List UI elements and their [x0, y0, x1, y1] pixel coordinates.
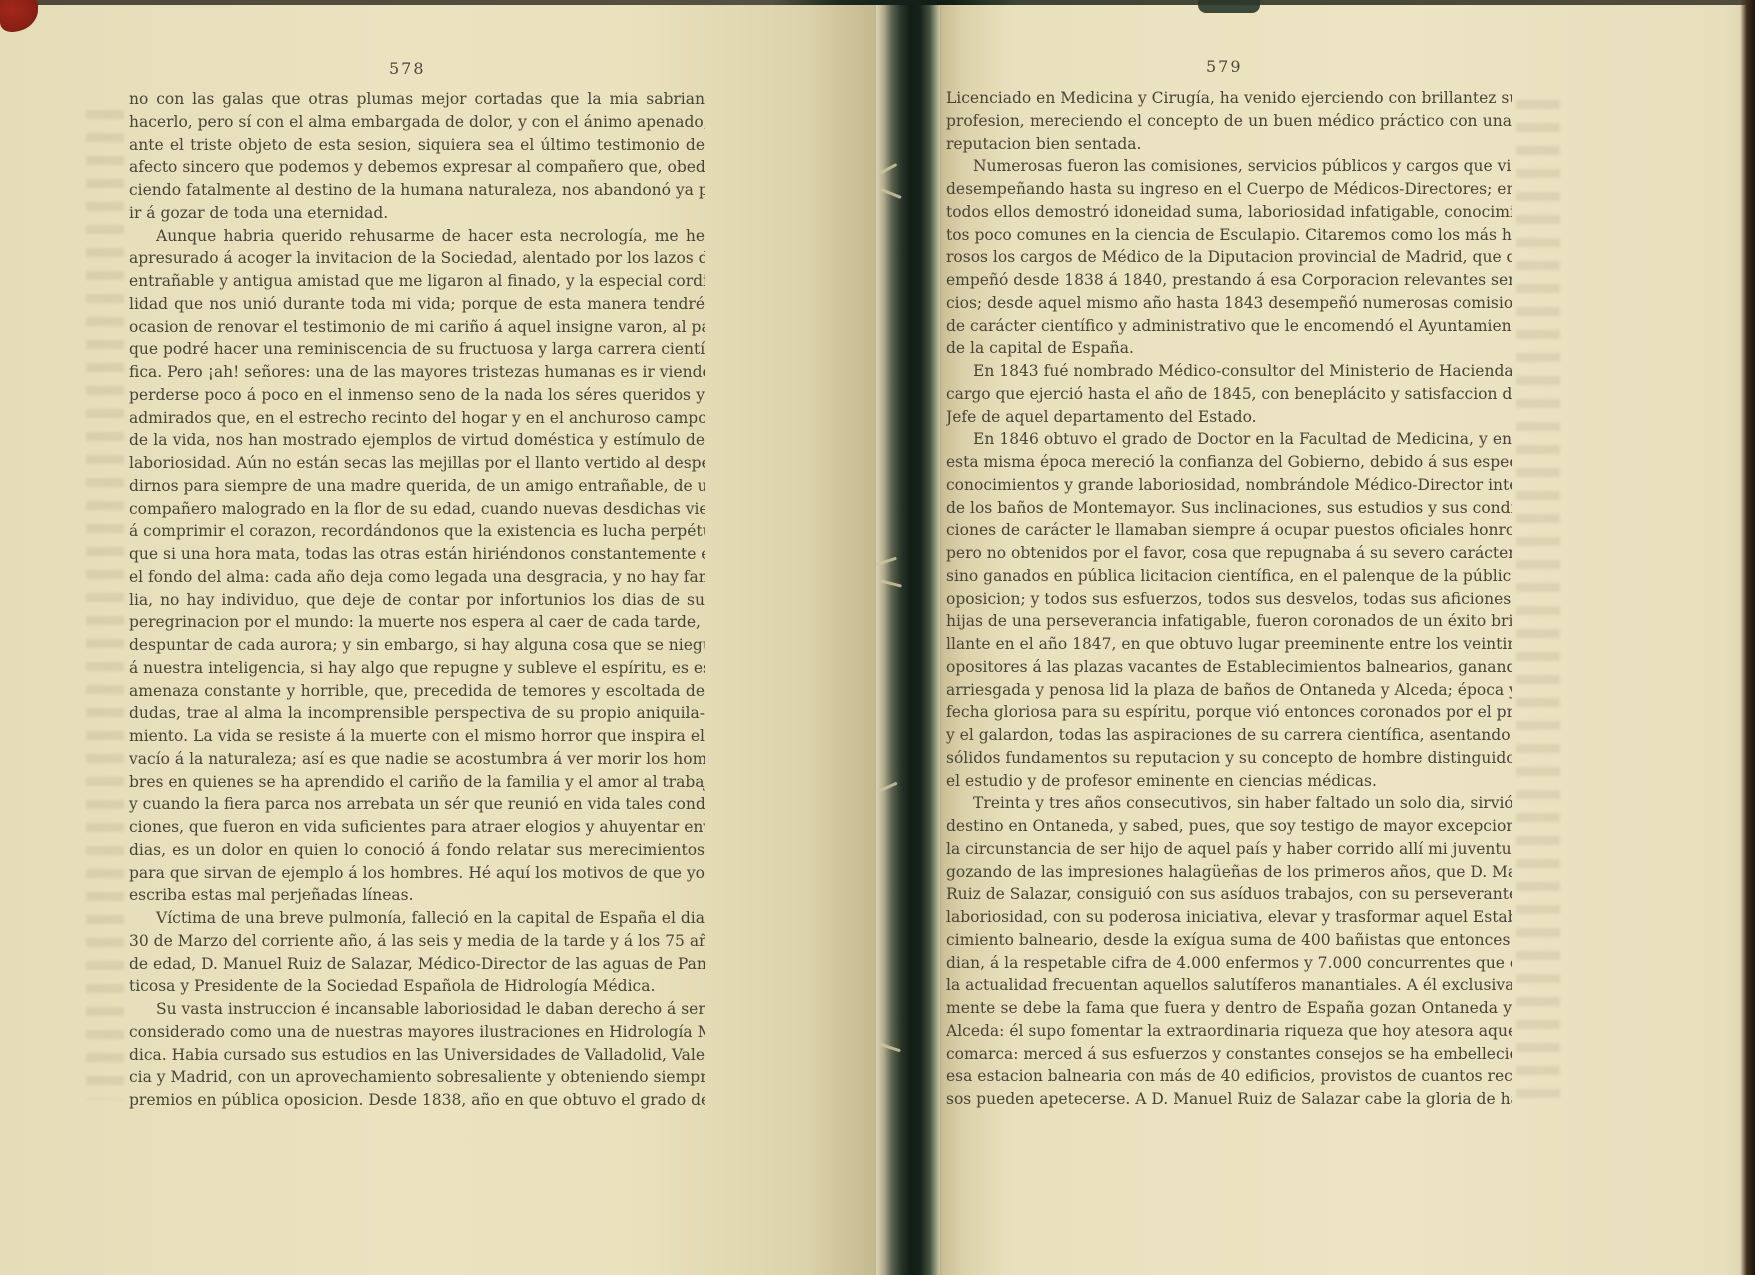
scan-top-edge: [0, 0, 1755, 5]
text-line: Ruiz de Salazar, consiguió con sus asídu…: [946, 883, 1512, 906]
text-line: laboriosidad, con su poderosa iniciativa…: [946, 906, 1512, 929]
ink-bleed-right-margin: [1516, 100, 1560, 1100]
text-line: destino en Ontaneda, y sabed, pues, que …: [946, 815, 1512, 838]
text-line: considerado como una de nuestras mayores…: [129, 1021, 705, 1044]
text-line: desempeñando hasta su ingreso en el Cuer…: [946, 178, 1512, 201]
text-line: laboriosidad. Aún no están secas las mej…: [129, 452, 705, 475]
text-line: bres en quienes se ha aprendido el cariñ…: [129, 771, 705, 794]
text-line: de la capital de España.: [946, 337, 1512, 360]
text-line: amenaza constante y horrible, que, prece…: [129, 680, 705, 703]
text-line: Numerosas fueron las comisiones, servici…: [946, 155, 1512, 178]
text-line: peregrinacion por el mundo: la muerte no…: [129, 611, 705, 634]
text-line: el fondo del alma: cada año deja como le…: [129, 566, 705, 589]
text-line: dirnos para siempre de una madre querida…: [129, 475, 705, 498]
scan-right-edge: [1740, 0, 1755, 1275]
text-line: ir á gozar de toda una eternidad.: [129, 202, 705, 225]
text-line: cios; desde aquel mismo año hasta 1843 d…: [946, 292, 1512, 315]
text-line: fecha gloriosa para su espíritu, porque …: [946, 701, 1512, 724]
page-number-right: 579: [1206, 57, 1243, 76]
text-line: oposicion; y todos sus esfuerzos, todos …: [946, 588, 1512, 611]
text-line: Jefe de aquel departamento del Estado.: [946, 406, 1512, 429]
text-line: que podré hacer una reminiscencia de su …: [129, 338, 705, 361]
text-line: para que sirvan de ejemplo á los hombres…: [129, 862, 705, 885]
text-line: reputacion bien sentada.: [946, 133, 1512, 156]
text-line: esa estacion balnearia con más de 40 edi…: [946, 1065, 1512, 1088]
text-line: lia, no hay individuo, que deje de conta…: [129, 589, 705, 612]
text-line: dudas, trae al alma la incomprensible pe…: [129, 702, 705, 725]
text-line: despuntar de cada aurora; y sin embargo,…: [129, 634, 705, 657]
text-line: ticosa y Presidente de la Sociedad Españ…: [129, 975, 705, 998]
text-line: vacío á la naturaleza; así es que nadie …: [129, 748, 705, 771]
text-line: Su vasta instruccion é incansable labori…: [129, 998, 705, 1021]
page-number-left: 578: [389, 59, 426, 78]
text-line: pero no obtenidos por el favor, cosa que…: [946, 542, 1512, 565]
text-line: apresurado á acoger la invitacion de la …: [129, 247, 705, 270]
text-line: fica. Pero ¡ah! señores: una de las mayo…: [129, 361, 705, 384]
text-line: admirados que, en el estrecho recinto de…: [129, 407, 705, 430]
text-line: mente se debe la fama que fuera y dentro…: [946, 997, 1512, 1020]
text-line: llante en el año 1847, en que obtuvo lug…: [946, 633, 1512, 656]
text-line: lidad que nos unió durante toda mi vida;…: [129, 293, 705, 316]
text-line: de los baños de Montemayor. Sus inclinac…: [946, 497, 1512, 520]
text-line: En 1846 obtuvo el grado de Doctor en la …: [946, 428, 1512, 451]
book-spread-scan: { "book": { "left_page": { "page_number"…: [0, 0, 1755, 1275]
text-line: ciones, que fueron en vida suficientes p…: [129, 816, 705, 839]
text-line: sólidos fundamentos su reputacion y su c…: [946, 747, 1512, 770]
text-line: sos pueden apetecerse. A D. Manuel Ruiz …: [946, 1088, 1512, 1111]
text-line: arriesgada y penosa lid la plaza de baño…: [946, 679, 1512, 702]
text-line: dian, á la respetable cifra de 4.000 enf…: [946, 952, 1512, 975]
text-line: Víctima de una breve pulmonía, falleció …: [129, 907, 705, 930]
text-line: de carácter científico y administrativo …: [946, 315, 1512, 338]
text-line: premios en pública oposicion. Desde 1838…: [129, 1089, 705, 1112]
left-page-text: no con las galas que otras plumas mejor …: [129, 88, 705, 1112]
text-line: compañero malogrado en la flor de su eda…: [129, 498, 705, 521]
text-line: ciendo fatalmente al destino de la human…: [129, 179, 705, 202]
text-line: perderse poco á poco en el inmenso seno …: [129, 384, 705, 407]
text-line: de la vida, nos han mostrado ejemplos de…: [129, 429, 705, 452]
text-line: opositores á las plazas vacantes de Esta…: [946, 656, 1512, 679]
text-line: Treinta y tres años consecutivos, sin ha…: [946, 792, 1512, 815]
text-line: la circunstancia de ser hijo de aquel pa…: [946, 838, 1512, 861]
text-line: ciones de carácter le llamaban siempre á…: [946, 519, 1512, 542]
right-page-text: Licenciado en Medicina y Cirugía, ha ven…: [946, 87, 1512, 1111]
text-line: entrañable y antigua amistad que me liga…: [129, 270, 705, 293]
text-line: 30 de Marzo del corriente año, á las sei…: [129, 930, 705, 953]
text-line: la actualidad frecuentan aquellos salutí…: [946, 974, 1512, 997]
text-line: el estudio y de profesor eminente en cie…: [946, 770, 1512, 793]
text-line: cia y Madrid, con un aprovechamiento sob…: [129, 1066, 705, 1089]
text-line: En 1843 fué nombrado Médico-consultor de…: [946, 360, 1512, 383]
text-line: hacerlo, pero sí con el alma embargada d…: [129, 111, 705, 134]
text-line: Alceda: él supo fomentar la extraordinar…: [946, 1020, 1512, 1043]
text-line: y el galardon, todas las aspiraciones de…: [946, 724, 1512, 747]
text-line: escriba estas mal perjeñadas líneas.: [129, 884, 705, 907]
text-line: dias, es un dolor en quien lo conoció á …: [129, 839, 705, 862]
text-line: sino ganados en pública licitacion cient…: [946, 565, 1512, 588]
text-line: de edad, D. Manuel Ruiz de Salazar, Médi…: [129, 953, 705, 976]
text-line: empeñó desde 1838 á 1840, prestando á es…: [946, 269, 1512, 292]
text-line: ocasion de renovar el testimonio de mi c…: [129, 316, 705, 339]
text-line: á comprimir el corazon, recordándonos qu…: [129, 520, 705, 543]
text-line: á nuestra inteligencia, si hay algo que …: [129, 657, 705, 680]
text-line: que si una hora mata, todas las otras es…: [129, 543, 705, 566]
text-line: dica. Habia cursado sus estudios en las …: [129, 1044, 705, 1067]
text-line: hijas de una perseverancia infatigable, …: [946, 610, 1512, 633]
text-line: esta misma época mereció la confianza de…: [946, 451, 1512, 474]
text-line: afecto sincero que podemos y debemos exp…: [129, 156, 705, 179]
text-line: todos ellos demostró idoneidad suma, lab…: [946, 201, 1512, 224]
text-line: no con las galas que otras plumas mejor …: [129, 88, 705, 111]
text-line: gozando de las impresiones halagüeñas de…: [946, 861, 1512, 884]
ink-bleed-left-margin: [86, 110, 124, 1100]
text-line: Licenciado en Medicina y Cirugía, ha ven…: [946, 87, 1512, 110]
red-corner-mark: [0, 0, 38, 32]
text-line: miento. La vida se resiste á la muerte c…: [129, 725, 705, 748]
scan-top-edge-shadow: [1198, 0, 1260, 13]
text-line: ante el triste objeto de esta sesion, si…: [129, 134, 705, 157]
text-line: cargo que ejerció hasta el año de 1845, …: [946, 383, 1512, 406]
text-line: tos poco comunes en la ciencia de Escula…: [946, 224, 1512, 247]
text-line: conocimientos y grande laboriosidad, nom…: [946, 474, 1512, 497]
text-line: cimiento balneario, desde la exígua suma…: [946, 929, 1512, 952]
text-line: Aunque habria querido rehusarme de hacer…: [129, 225, 705, 248]
text-line: comarca: merced á sus esfuerzos y consta…: [946, 1043, 1512, 1066]
text-line: rosos los cargos de Médico de la Diputac…: [946, 246, 1512, 269]
text-line: y cuando la fiera parca nos arrebata un …: [129, 793, 705, 816]
text-line: profesion, mereciendo el concepto de un …: [946, 110, 1512, 133]
